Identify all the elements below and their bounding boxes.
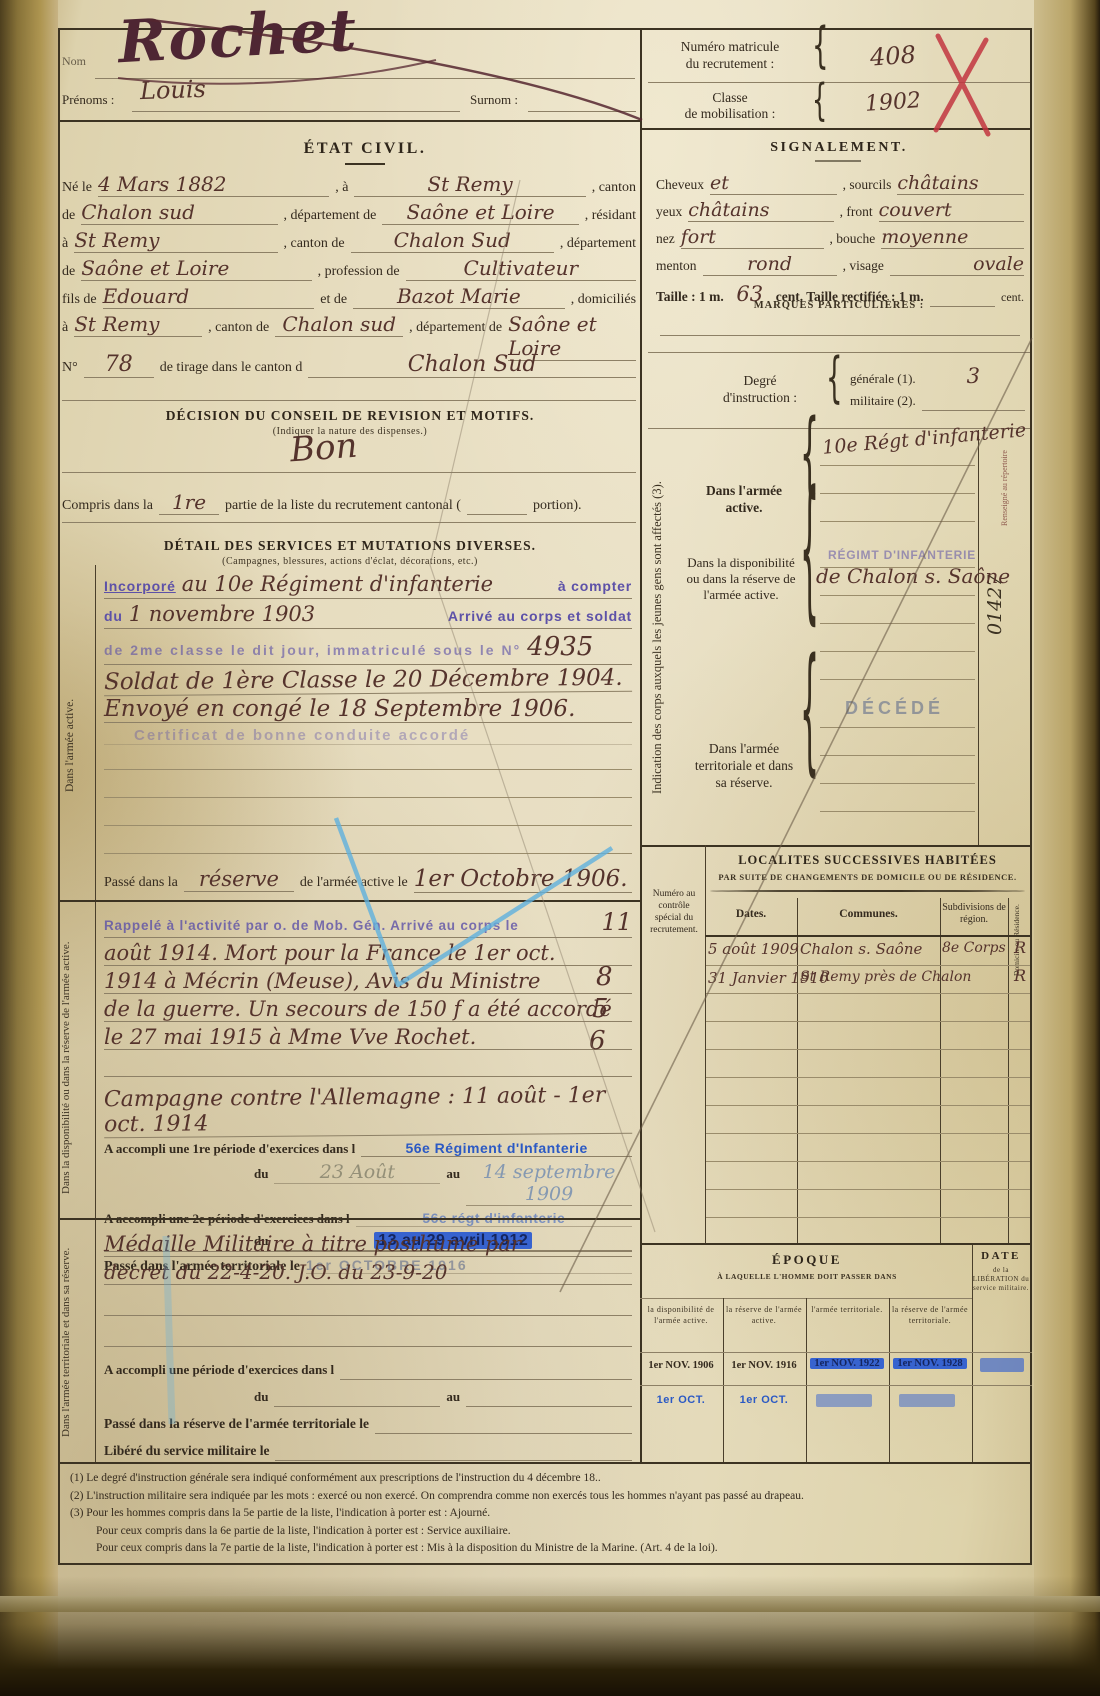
- etat-civil-title-rule: [345, 163, 385, 165]
- form-border-bottom: [58, 1563, 1032, 1565]
- degre-label-line1: Degré: [744, 373, 777, 388]
- field-label: , département de: [284, 208, 377, 224]
- localite-row2-commune: St Remy près de Chalon: [800, 969, 971, 985]
- repertoire-margin-note: Renseigné au répertoire: [1000, 438, 1009, 538]
- localite-row1-subdiv: 8e Corps: [942, 940, 1006, 956]
- trait-value: couvert: [879, 199, 1024, 222]
- footnote-5: Pour ceux compris dans la 7e partie de l…: [70, 1540, 1030, 1558]
- trait-label: , front: [840, 204, 873, 220]
- col-header-communes: Communes.: [798, 908, 939, 920]
- corps-group2-label: Dans la disponibilité ou dans la réserve…: [682, 555, 800, 603]
- form-border-right: [1030, 28, 1032, 1565]
- footnote-1: (1) Le degré d'instruction générale sera…: [70, 1470, 1030, 1488]
- controle-digit: 6: [589, 1026, 606, 1056]
- field-label: , canton de: [208, 320, 269, 336]
- tirage-no-label: N°: [62, 360, 78, 376]
- section-divider: [58, 1218, 640, 1220]
- compris-value: 1re: [159, 490, 219, 515]
- blank-line: [104, 1050, 632, 1077]
- compris-label-b: partie de la liste du recrutement canton…: [225, 498, 461, 514]
- blue-stamped-year: 1er NOV. 1928: [893, 1358, 966, 1369]
- matricule-divider: [648, 82, 1030, 83]
- field-value: St Remy: [354, 172, 585, 197]
- field-label: , département de: [409, 320, 502, 336]
- book-binding-edge: [0, 0, 58, 1696]
- handwritten-text: 1 novembre 1903: [129, 602, 442, 626]
- epoque-col-label: la disponibilité de l'armée active.: [641, 1304, 721, 1326]
- classe-brace: {: [812, 78, 827, 121]
- controle-digit: 8: [596, 962, 613, 992]
- trait-label: , visage: [843, 258, 884, 274]
- trait-value: châtains: [688, 199, 833, 222]
- trait-value: moyenne: [881, 226, 1024, 249]
- compris-label-a: Compris dans la: [62, 498, 153, 514]
- scanned-military-register-page: { "colors":{"stamp_purple":"#5d51a8","st…: [0, 0, 1100, 1696]
- degre-generale-row: générale (1). 3: [850, 364, 1025, 388]
- stamped-word: du: [104, 608, 123, 624]
- passe-reserve-line: Passé dans la réserve de l'armée active …: [104, 866, 632, 893]
- handwritten-line: 1914 à Mécrin (Meuse), Avis du Ministre: [104, 969, 632, 994]
- regiment-infanterie-stamp: RÉGIMT D'INFANTERIE: [828, 548, 976, 562]
- tirage-text: de tirage dans le canton d: [160, 360, 303, 376]
- degre-militaire-row: militaire (2).: [850, 392, 1025, 411]
- prenoms-value: Louis: [140, 75, 207, 105]
- matricule-brace: {: [812, 22, 829, 71]
- handwritten-line: de la guerre. Un secours de 150 f a été …: [104, 997, 632, 1022]
- date-col-title: DATE: [972, 1250, 1030, 1262]
- degre-label-line2: d'instruction :: [723, 390, 797, 405]
- corps-group3-label: Dans l'armée territoriale et dans sa rés…: [688, 740, 800, 791]
- blank-line: [660, 335, 1020, 336]
- classe-label: Classe de mobilisation :: [655, 90, 805, 122]
- field-value: Chalon Sud: [351, 228, 554, 253]
- classe-label-line1: Classe: [712, 90, 747, 105]
- nom-value: Rochet: [116, 0, 359, 76]
- signalement-rows: Cheveux et , sourcils châtains yeux chât…: [656, 172, 1024, 307]
- services-entry-1: Incorporé au 10e Régiment d'infanterie à…: [104, 572, 632, 745]
- section-divider: [58, 900, 640, 902]
- numero-controle-label: Numéro au contrôle spécial du recrutemen…: [646, 888, 702, 936]
- medaille-section: Médaille Militaire à titre posthume par …: [104, 1232, 632, 1461]
- degre-brace: {: [826, 352, 843, 407]
- classe-label-line2: de mobilisation :: [685, 106, 776, 121]
- trait-value: châtains: [897, 172, 1024, 195]
- corps-group3-lines: [820, 700, 975, 834]
- margin-label-armee-active: Dans l'armée active.: [64, 640, 76, 850]
- header-right-divider: [640, 128, 1032, 130]
- epoque-subheader-rule: [640, 1352, 1032, 1353]
- epoque-vline: [806, 1298, 807, 1462]
- blank-line: [62, 472, 636, 473]
- corps-group3-brace: {: [800, 646, 819, 784]
- blue-stamped-year: 1er NOV. 1922: [810, 1358, 883, 1369]
- localite-row1-date: 5 août 1909: [708, 940, 799, 958]
- matricule-label: Numéro matricule du recrutement :: [655, 38, 805, 72]
- footnote-2: (2) L'instruction militaire sera indiqué…: [70, 1488, 1030, 1506]
- field-value: Bazot Marie: [353, 284, 565, 309]
- field-label: et de: [320, 292, 347, 308]
- footnote-4: Pour ceux compris dans la 6e partie de l…: [70, 1523, 1030, 1541]
- libere-label: Libéré du service militaire le: [104, 1443, 269, 1459]
- localite-row2-dr: R: [1014, 966, 1026, 985]
- field-value: 4 Mars 1882: [98, 172, 329, 197]
- trait-label: nez: [656, 231, 675, 247]
- blue-smear: [980, 1358, 1024, 1372]
- epoque-oct-stamp: 1er OCT.: [724, 1394, 804, 1406]
- corps-group1-label: Dans l'armée active.: [688, 482, 800, 516]
- center-divider: [640, 28, 642, 1462]
- stamped-text: de 2me classe le dit jour, immatriculé s…: [104, 642, 521, 658]
- trait-label: menton: [656, 258, 697, 274]
- date-value: 14 septembre 1909: [466, 1161, 632, 1206]
- field-label: de: [62, 208, 75, 224]
- surnom-label: Surnom :: [470, 92, 518, 108]
- section-divider: [640, 845, 1032, 847]
- degre-militaire-label: militaire (2).: [850, 393, 916, 409]
- field-label: à: [62, 236, 68, 252]
- footnote-3: (3) Pour les hommes compris dans la 5e p…: [70, 1505, 1030, 1523]
- epoque-col-label: la réserve de l'armée territoriale.: [890, 1304, 970, 1326]
- corps-right-rail: [978, 430, 979, 845]
- blank-line: [104, 1316, 632, 1347]
- corps-group2-value: de Chalon s. Saône: [816, 564, 1010, 588]
- signalement-title-rule: [815, 160, 861, 162]
- trait-value: et: [710, 172, 837, 195]
- section-rule: [62, 522, 636, 523]
- signalement-row: yeux châtains , front couvert: [656, 199, 1024, 222]
- field-value: St Remy: [74, 228, 277, 253]
- etat-civil-line-3: à St Remy , canton de Chalon Sud , dépar…: [62, 228, 636, 253]
- prenoms-label: Prénoms :: [62, 92, 114, 108]
- etat-civil-line-4: de Saône et Loire , profession de Cultiv…: [62, 256, 636, 281]
- etat-civil-line-5: fils de Edouard et de Bazot Marie , domi…: [62, 284, 636, 309]
- corps-vertical-label: Indication des corps auxquels les jeunes…: [650, 438, 665, 838]
- trait-label: Cheveux: [656, 177, 704, 193]
- header-left-divider: [58, 120, 640, 122]
- handwritten-text: 11: [525, 908, 632, 936]
- field-label: , canton: [592, 180, 636, 196]
- compris-line: Compris dans la 1re partie de la liste d…: [62, 490, 636, 515]
- epoque-col-label: l'armée territoriale.: [807, 1304, 887, 1315]
- epoque-vline: [972, 1245, 973, 1462]
- localite-row1-dr: R: [1014, 938, 1026, 957]
- field-label: , département: [560, 236, 636, 252]
- margin-label-disponibilite: Dans la disponibilité ou dans la réserve…: [60, 935, 90, 1200]
- signalement-title: SIGNALEMENT.: [648, 140, 1030, 156]
- campagne-line: Campagne contre l'Allemagne : 11 août - …: [104, 1083, 632, 1139]
- epoque-value-blue: 1er NOV. 1922: [807, 1358, 887, 1369]
- signalement-row: menton rond , visage ovale: [656, 253, 1024, 276]
- etat-civil-line-2: de Chalon sud , département de Saône et …: [62, 200, 636, 225]
- mort-pour-la-france-line: août 1914. Mort pour la France le 1er oc…: [104, 941, 632, 966]
- medaille-line-2: decret du 22-4-20. J.O. du 23-9-20: [104, 1260, 632, 1285]
- handwritten-text: au 10e Régiment d'infanterie: [182, 572, 552, 596]
- field-value: 1er Octobre 1906.: [414, 866, 632, 893]
- stamped-word: Incorporé: [104, 578, 176, 594]
- rappel-stamped-text: Rappelé à l'activité par o. de Mob. Gén.…: [104, 918, 519, 933]
- classe-value: 1902: [864, 88, 922, 117]
- regiment-stamp: 56e Régiment d'Infanterie: [361, 1140, 632, 1157]
- trait-value: rond: [703, 253, 837, 276]
- du-label: du: [254, 1389, 268, 1405]
- field-value: Chalon sud: [81, 200, 277, 225]
- au-label: au: [446, 1166, 460, 1182]
- field-value: Cultivateur: [406, 256, 636, 281]
- matricule-value: 408: [869, 40, 917, 71]
- trait-label: , sourcils: [843, 177, 892, 193]
- etat-civil-title: ÉTAT CIVIL.: [95, 140, 635, 158]
- degre-generale-value: 3: [922, 364, 1025, 388]
- field-value: Saône et Loire: [382, 200, 578, 225]
- reserve-territoriale-label: Passé dans la réserve de l'armée territo…: [104, 1416, 369, 1432]
- corps-group2-lines: [820, 540, 975, 690]
- trait-value: ovale: [890, 253, 1024, 276]
- degre-generale-label: générale (1).: [850, 371, 916, 387]
- localites-rule: [710, 890, 1025, 892]
- epoque-row-rule: [640, 1385, 1032, 1386]
- matricule-label-line2: du recrutement :: [686, 56, 774, 71]
- epoque-value: 1er NOV. 1916: [724, 1360, 804, 1371]
- col-header-subdivisions: Subdivisions de région.: [941, 902, 1007, 926]
- services-title: DÉTAIL DES SERVICES ET MUTATIONS DIVERSE…: [80, 538, 620, 554]
- footnotes-divider: [58, 1462, 1032, 1464]
- left-rail: [95, 565, 96, 1462]
- periode1-label: A accompli une 1re période d'exercices d…: [104, 1141, 355, 1157]
- field-label: de l'armée active le: [300, 875, 408, 891]
- field-label: , domiciliés: [571, 292, 636, 308]
- decision-value: Bon: [289, 426, 359, 471]
- nom-label: Nom: [62, 54, 86, 69]
- tirage-no-value: 78: [84, 352, 154, 378]
- book-bottom-shadow: [0, 1576, 1100, 1696]
- medaille-line-1: Médaille Militaire à titre posthume par: [104, 1232, 632, 1257]
- marques-label: MARQUES PARTICULIÈRES :: [648, 300, 1030, 311]
- services-subtitle: (Campagnes, blessures, actions d'éclat, …: [80, 556, 620, 567]
- decision-title: DÉCISION DU CONSEIL DE REVISION ET MOTIF…: [80, 408, 620, 424]
- field-label: , résidant: [585, 208, 636, 224]
- registry-number-vertical: 01427: [984, 545, 1006, 665]
- blank-line: [104, 1285, 632, 1316]
- epoque-value: 1er NOV. 1906: [641, 1360, 721, 1371]
- field-label: Passé dans la: [104, 875, 178, 891]
- surnom-underline: [528, 111, 636, 112]
- field-value: Saône et Loire: [81, 256, 311, 281]
- matricule-corps-number: 4935: [527, 632, 593, 662]
- stamped-text: Arrivé au corps et soldat: [448, 608, 632, 624]
- controle-digit: 5: [592, 994, 609, 1024]
- blue-smear: [816, 1394, 872, 1407]
- signalement-row: nez fort , bouche moyenne: [656, 226, 1024, 249]
- table-header-rule: [705, 935, 1030, 937]
- localites-title: LOCALITES SUCCESSIVES HABITÉES: [705, 853, 1030, 868]
- epoque-oct-stamp: 1er OCT.: [641, 1394, 721, 1406]
- periode-label: A accompli une période d'exercices dans …: [104, 1362, 334, 1378]
- date-col-subtitle: de la LIBÉRATION du service militaire.: [972, 1266, 1030, 1293]
- handwritten-line: Soldat de 1ère Classe le 20 Décembre 190…: [104, 665, 632, 697]
- signalement-row: Cheveux et , sourcils châtains: [656, 172, 1024, 195]
- footnotes: (1) Le degré d'instruction générale sera…: [70, 1470, 1030, 1558]
- compris-label-c: portion).: [533, 498, 582, 514]
- field-value: St Remy: [74, 312, 202, 337]
- field-value: Edouard: [103, 284, 315, 309]
- field-label: , profession de: [318, 264, 400, 280]
- date-value: 23 Août: [274, 1161, 440, 1184]
- trait-label: yeux: [656, 204, 682, 220]
- field-value: réserve: [184, 867, 294, 892]
- col-header-dates: Dates.: [706, 908, 796, 920]
- tirage-line: N° 78 de tirage dans le canton d Chalon …: [62, 352, 636, 378]
- blank-ruled-lines: [104, 742, 632, 858]
- trait-label: , bouche: [830, 231, 876, 247]
- corps-group2-brace: {: [800, 477, 819, 633]
- epoque-subtitle: À LAQUELLE L'HOMME DOIT PASSER DANS: [642, 1272, 972, 1281]
- tirage-canton-value: Chalon Sud: [308, 352, 636, 378]
- section-divider: [640, 1243, 1032, 1245]
- epoque-col-label: la réserve de l'armée active.: [724, 1304, 804, 1326]
- field-label: , à: [335, 180, 348, 196]
- blue-smear: [899, 1394, 955, 1407]
- handwritten-line: le 27 mai 1915 à Mme Vve Rochet.: [104, 1025, 632, 1050]
- etat-civil-line-1: Né le 4 Mars 1882 , à St Remy , canton: [62, 172, 636, 197]
- matricule-label-line1: Numéro matricule: [681, 39, 780, 54]
- page-right-edge: [1034, 0, 1100, 1696]
- handwritten-line: Envoyé en congé le 18 Septembre 1906.: [104, 696, 632, 723]
- au-label: au: [446, 1389, 460, 1405]
- prenoms-underline: [132, 111, 460, 112]
- field-value: Chalon sud: [275, 312, 403, 337]
- du-label: du: [254, 1166, 268, 1182]
- field-label: , canton de: [284, 236, 345, 252]
- blank-line: [62, 400, 636, 401]
- field-label: fils de: [62, 292, 97, 308]
- margin-label-territoriale: Dans l'armée territoriale et dans sa rés…: [60, 1240, 90, 1445]
- field-label: de: [62, 264, 75, 280]
- localite-row1-commune: Chalon s. Saône: [800, 940, 922, 958]
- trait-value: fort: [681, 226, 824, 249]
- field-label: Né le: [62, 180, 92, 196]
- epoque-title: ÉPOQUE: [642, 1252, 972, 1268]
- epoque-value-blue: 1er NOV. 1928: [890, 1358, 970, 1369]
- localites-subtitle: PAR SUITE DE CHANGEMENTS DE DOMICILE OU …: [705, 872, 1030, 882]
- field-label: à: [62, 320, 68, 336]
- stamped-text: à compter: [558, 578, 632, 594]
